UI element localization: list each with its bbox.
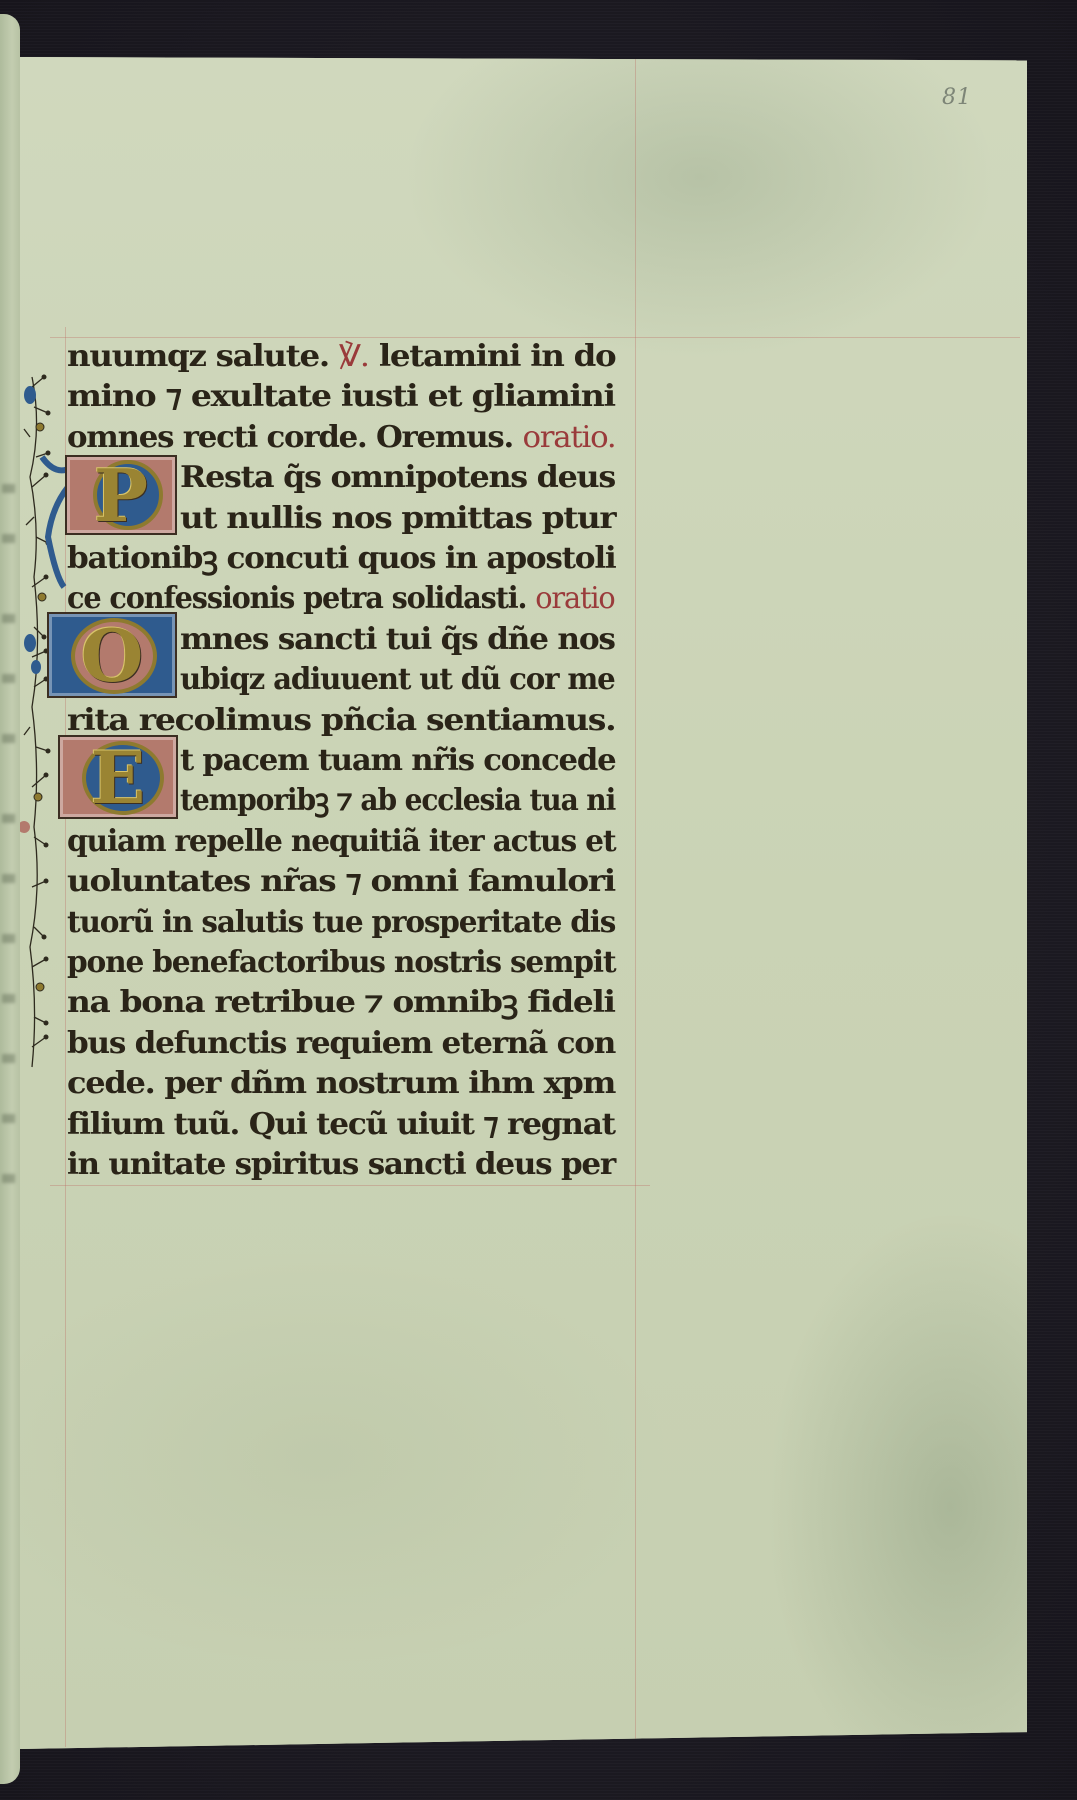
text-line: mino ⁊ exultate iusti et gliamini [67, 377, 615, 417]
rubric: oratio [535, 581, 614, 616]
text-line: ubiqz adiuuent ut dũ cor me [180, 660, 615, 700]
text-line: rita recolimus pñcia sentiamus. [67, 701, 615, 741]
text-line-content: pone benefactoribus nostris sempit [67, 945, 615, 980]
manuscript-page: 81 P [20, 57, 1027, 1749]
text-line-content: ut nullis nos pmittas ptur [180, 501, 615, 536]
text-line-content: na bona retribue ⁊ omnibꝫ fideli [67, 985, 615, 1020]
text-line-content: Resta q̃s omnipotens deus [180, 460, 615, 495]
text-line-content: bationibꝫ concuti quos in apostoli [67, 541, 615, 576]
text-line-content: omnes recti corde. Oremus. [67, 420, 522, 455]
text-line: ut nullis nos pmittas ptur [180, 499, 615, 539]
text-line-content: temporibꝫ ⁊ ab ecclesia tua ni [180, 783, 615, 818]
text-line-content: ubiqz adiuuent ut dũ cor me [180, 662, 615, 697]
text-line: bationibꝫ concuti quos in apostoli [67, 539, 615, 579]
text-line-content: uoluntates nr̃as ⁊ omni famulori [67, 864, 615, 899]
text-line: pone benefactoribus nostris sempit [67, 943, 615, 983]
folio-number: 81 [942, 85, 972, 110]
text-line-content: mino ⁊ exultate iusti et gliamini [67, 379, 615, 414]
text-line-content: letamini in do [369, 339, 616, 374]
text-line-content: tuorũ in salutis tue prosperitate dis [67, 905, 615, 940]
text-line-content: nuumqz salute. [67, 339, 339, 374]
text-line: uoluntates nr̃as ⁊ omni famulori [67, 862, 615, 902]
text-line: omnes recti corde. Oremus. oratio. [67, 418, 615, 458]
ruling-bottom [50, 1185, 650, 1186]
text-line: ce confessionis petra solidasti. oratio [67, 579, 615, 619]
rubric: ℣. [339, 339, 369, 374]
text-line: cede. per dñm nostrum ihm xpm [67, 1064, 615, 1104]
text-line: filium tuũ. Qui tecũ uiuit ⁊ regnat [67, 1105, 615, 1145]
text-line-content: ce confessionis petra solidasti. [67, 581, 535, 616]
text-line: bus defunctis requiem eternã con [67, 1024, 615, 1064]
text-line: nuumqz salute. ℣. letamini in do [67, 337, 615, 377]
ruling-right [635, 57, 636, 1749]
initial-letter: P [73, 463, 169, 527]
initial-letter: E [66, 743, 170, 811]
text-line: t pacem tuam nr̃is concede [180, 741, 615, 781]
text-line: temporibꝫ ⁊ ab ecclesia tua ni [180, 781, 615, 821]
text-line: quiam repelle nequitiã iter actus et [67, 822, 615, 862]
text-line: na bona retribue ⁊ omnibꝫ fideli [67, 983, 615, 1023]
text-line: mnes sancti tui q̃s dñe nos [180, 620, 615, 660]
initial-letter: O [55, 620, 169, 690]
text-line-content: t pacem tuam nr̃is concede [180, 743, 615, 778]
text-line-content: in unitate spiritus sancti deus per [67, 1147, 615, 1182]
text-line-content: filium tuũ. Qui tecũ uiuit ⁊ regnat [67, 1107, 615, 1142]
text-line-content: quiam repelle nequitiã iter actus et [67, 824, 615, 859]
text-line: tuorũ in salutis tue prosperitate dis [67, 903, 615, 943]
text-line-content: cede. per dñm nostrum ihm xpm [67, 1066, 615, 1101]
rubric: oratio. [522, 420, 615, 455]
facing-page-edge [0, 14, 20, 1784]
text-line-content: bus defunctis requiem eternã con [67, 1026, 615, 1061]
text-line-content: rita recolimus pñcia sentiamus. [67, 703, 615, 738]
text-line-content: mnes sancti tui q̃s dñe nos [180, 622, 615, 657]
text-line: Resta q̃s omnipotens deus [180, 458, 615, 498]
initial-e: E [58, 735, 178, 819]
text-line: in unitate spiritus sancti deus per [67, 1145, 615, 1185]
initial-p: P [65, 455, 177, 535]
initial-o: O [47, 612, 177, 698]
